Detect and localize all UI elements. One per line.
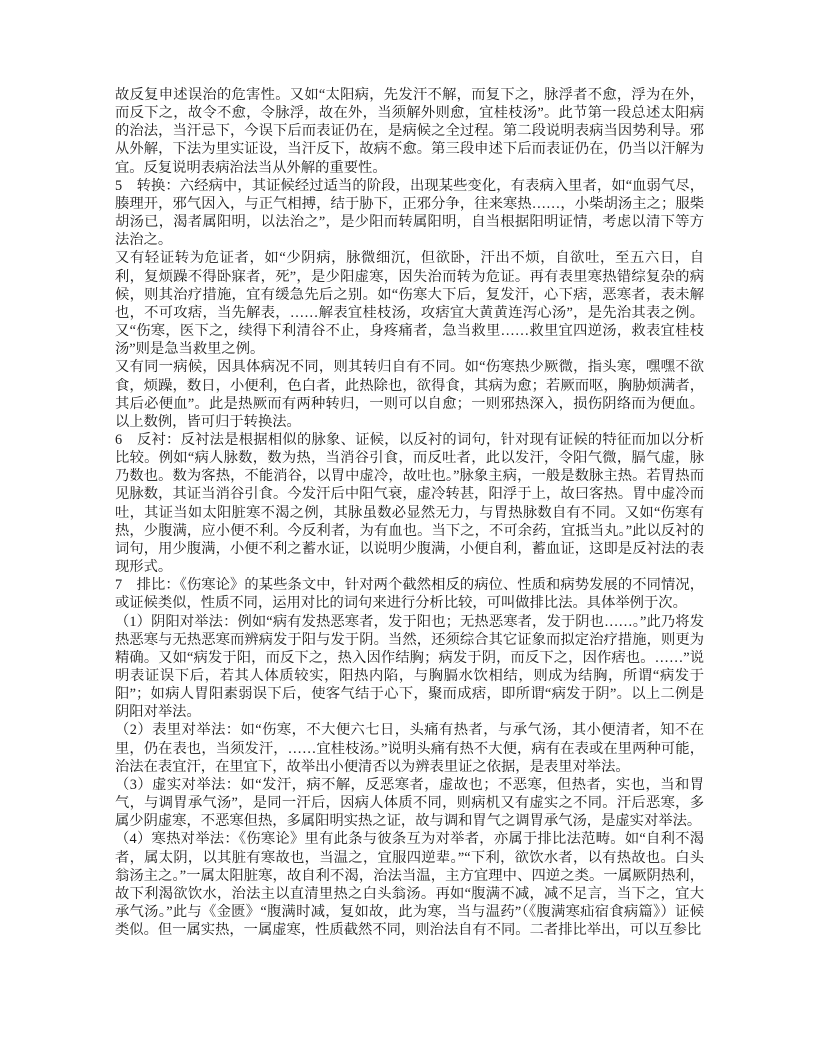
paragraph-misdiagnosis-harm: 故反复申述误治的危害性。又如“太阳病，先发汗不解，而复下之，脉浮者不愈，浮为在外… (115, 86, 704, 177)
paragraph-3-xushi-duiju: （3）虚实对举法：如“发汗，病不解，反恶寒者，虚故也；不恶寒，但热者，实也，当和… (115, 776, 704, 830)
paragraph-2-biaoli-duiju: （2）表里对举法：如“伤寒，不大便六七日，头痛有热者，与承气汤，其小便清者，知不… (115, 721, 704, 775)
paragraph-1-yinyang-duiju: （1）阴阳对举法：例如“病有发热恶寒者，发于阳也；无热恶寒者，发于阴也……。”此… (115, 613, 704, 722)
paragraph-7-paibi: 7 排比：《伤寒论》的某些条文中，针对两个截然相反的病位、性质和病势发展的不同情… (115, 576, 704, 612)
paragraph-same-syndrome-different-outcome: 又有同一病候，因具体病况不同，则其转归自有不同。如“伤寒热少厥微，指头寒，嘿嘿不… (115, 358, 704, 431)
paragraph-mild-to-critical: 又有轻证转为危证者，如“少阴病，脉微细沉，但欲卧，汗出不烦，自欲吐，至五六日，自… (115, 249, 704, 358)
paragraph-6-fanchen: 6 反衬：反衬法是根据相似的脉象、证候，以反衬的词句，针对现有证候的特征而加以分… (115, 431, 704, 576)
paragraph-5-zhuanhuan: 5 转换：六经病中，其证候经过适当的阶段，出现某些变化，有表病入里者，如“血弱气… (115, 177, 704, 250)
paragraph-4-hanre-duiju: （4）寒热对举法：《伤寒论》里有此条与彼条互为对举者，亦属于排比法范畴。如“自利… (115, 830, 704, 939)
text-block: 故反复申述误治的危害性。又如“太阳病，先发汗不解，而复下之，脉浮者不愈，浮为在外… (115, 86, 704, 939)
document-page: 故反复申述误治的危害性。又如“太阳病，先发汗不解，而复下之，脉浮者不愈，浮为在外… (0, 0, 816, 1056)
